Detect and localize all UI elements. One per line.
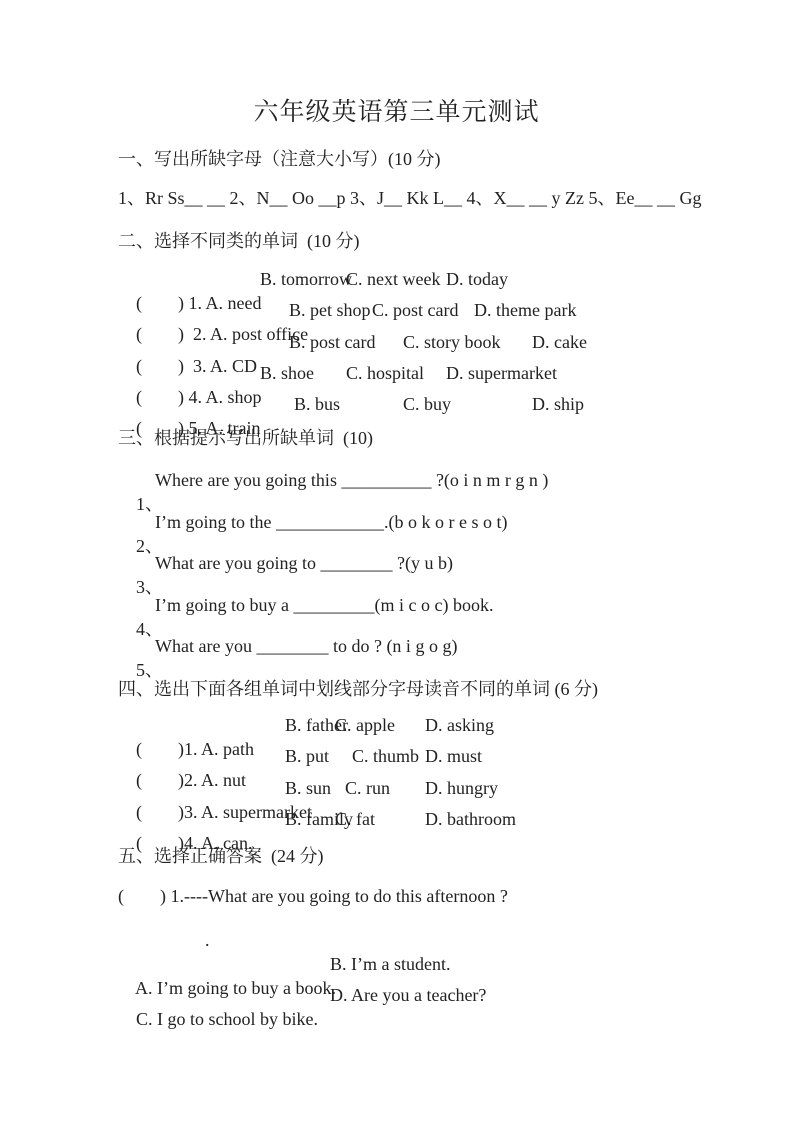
s4-q1-option-d: D. asking — [425, 713, 494, 737]
s3-q2-sentence: I’m going to the ____________.(b o k o r… — [155, 510, 507, 534]
s2-q5-option-b: B. bus — [294, 392, 340, 416]
s4-q2-option-c: C. thumb — [352, 744, 419, 768]
s3-q1-sentence: Where are you going this __________ ?(o … — [155, 468, 548, 492]
s2-q2-option-c: C. post card — [372, 298, 458, 322]
s5-stray-period: . — [205, 928, 210, 952]
page-title: 六年级英语第三单元测试 — [0, 96, 793, 130]
s2-q2-option-b: B. pet shop — [289, 298, 371, 322]
section1-fill-letters-line: 1、Rr Ss__ __ 2、N__ Oo __p 3、J__ Kk L__ 4… — [118, 186, 701, 210]
s4-q1-option-c: C. apple — [335, 713, 395, 737]
s2-q5-option-d: D. ship — [532, 392, 584, 416]
s4-q3-option-d: D. hungry — [425, 776, 498, 800]
s5-answer-c: C. I go to school by bike. — [136, 1009, 318, 1029]
s5-answer-d: D. Are you a teacher? — [330, 983, 486, 1007]
s5-question-1-row: ( ) 1.----What are you going to do this … — [118, 884, 508, 908]
s2-q4-option-c: C. hospital — [346, 361, 424, 385]
s4-q4-option-c: C. fat — [335, 807, 375, 831]
s2-q4-option-b: B. shoe — [260, 361, 314, 385]
s4-q3-option-b: B. sun — [285, 776, 331, 800]
section1-heading: 一、写出所缺字母（注意大小写）(10 分) — [118, 147, 441, 171]
s4-q4-option-d: D. bathroom — [425, 807, 516, 831]
s2-q3-option-c: C. story book — [403, 330, 501, 354]
s5-answer-b: B. I’m a student. — [330, 952, 450, 976]
s3-q5-sentence: What are you ________ to do ? (n i g o g… — [155, 634, 457, 658]
s5-answer-row-cd: C. I go to school by bike. D. Are you a … — [118, 983, 318, 1079]
s4-q2-option-d: D. must — [425, 744, 482, 768]
s2-q3-option-d: D. cake — [532, 330, 587, 354]
s2-q1-option-d: D. today — [446, 267, 508, 291]
s2-q1-option-c: C. next week — [346, 267, 440, 291]
s2-q4-option-d: D. supermarket — [446, 361, 557, 385]
s4-q3-option-c: C. run — [345, 776, 390, 800]
s2-q5-option-c: C. buy — [403, 392, 451, 416]
section2-heading: 二、选择不同类的单词 (10 分) — [118, 229, 360, 253]
s4-question-4-row: ( )4. A. can. B. family C. fat D. bathro… — [118, 807, 252, 951]
s4-q2-option-b: B. put — [285, 744, 329, 768]
s2-q1-option-b: B. tomorrow — [260, 267, 352, 291]
section5-heading: 五、选择正确答案 (24 分) — [118, 844, 324, 868]
s3-q3-sentence: What are you going to ________ ?(y u b) — [155, 551, 453, 575]
section3-heading: 三、根据提示写出所缺单词 (10) — [118, 426, 373, 450]
s2-q2-option-d: D. theme park — [474, 298, 576, 322]
section4-heading: 四、选出下面各组单词中划线部分字母读音不同的单词 (6 分) — [118, 677, 598, 701]
s2-q3-option-b: B. post card — [289, 330, 375, 354]
s3-q4-sentence: I’m going to buy a _________(m i c o c) … — [155, 593, 493, 617]
test-paper-page: 六年级英语第三单元测试 一、写出所缺字母（注意大小写）(10 分) 1、Rr S… — [0, 0, 793, 1122]
